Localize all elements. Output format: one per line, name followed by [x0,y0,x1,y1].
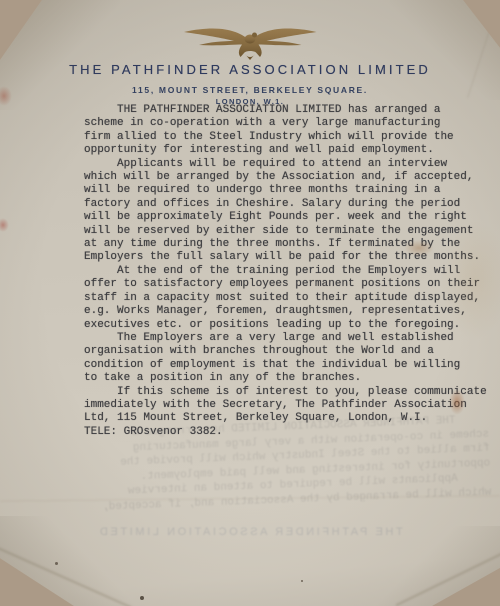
letter-paper: THE PATHFINDER ASSOCIATION LIMITED 115, … [0,0,500,606]
paper-crease [0,495,500,501]
bleedthrough-letterhead: THE PATHFINDER ASSOCIATION LIMITED [0,526,500,538]
letterhead-company-name: THE PATHFINDER ASSOCIATION LIMITED [0,62,500,77]
photo-background: THE PATHFINDER ASSOCIATION LIMITED 115, … [0,0,500,606]
letterhead-address: 115, MOUNT STREET, BERKELEY SQUARE. [0,85,500,95]
typewritten-body: THE PATHFINDER ASSOCIATION LIMITED has a… [84,104,487,439]
paper-speck [140,596,144,600]
paper-speck [55,562,58,565]
paper-corner-shadow [370,526,500,606]
paper-corner-shadow [0,516,140,606]
rust-stain [0,218,9,232]
paper-crease [396,552,500,606]
eagle-emblem [162,14,338,64]
paper-crease [0,546,132,606]
paper-speck [301,580,303,582]
